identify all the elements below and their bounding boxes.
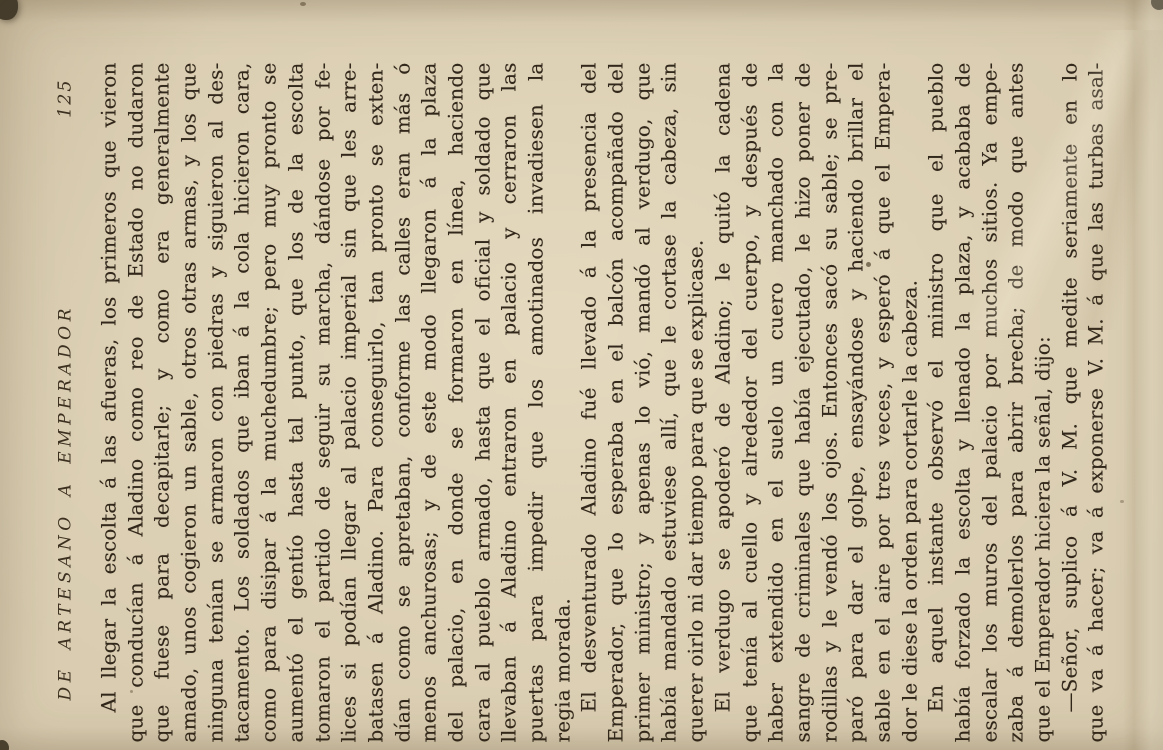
text-line: ninguna tenían se armaron con piedras y … xyxy=(202,62,229,742)
text-line: que va á hacer; va á exponerse V. M. á q… xyxy=(1082,62,1109,742)
text-line: había mandado estuviese allí, que le cor… xyxy=(655,62,682,742)
text-line: haber extendido en el suelo un cuero man… xyxy=(762,62,789,742)
text-line: regia morada. xyxy=(549,62,576,742)
text-line: El verdugo se apoderó de Aladino; le qui… xyxy=(709,62,736,742)
text-line: Emperador, que lo esperaba en el balcón … xyxy=(602,62,629,742)
paper-speck xyxy=(866,262,871,267)
text-line: del palacio, en donde se formaron en lín… xyxy=(442,62,469,742)
scanned-page: DE ARTESANO A EMPERADOR 125 Al llegar la… xyxy=(0,0,1163,750)
paper-speck xyxy=(1120,500,1124,503)
text-line: —Señor, suplico á V. M. que medite seria… xyxy=(1056,62,1083,742)
paper-speck xyxy=(300,2,306,6)
page-number: 125 xyxy=(52,78,78,117)
text-line: que tenía al cuello y alrededor del cuer… xyxy=(736,62,763,742)
text-line: dían como se apretaban, conforme las cal… xyxy=(389,62,416,742)
text-line: rodillas y le vendó los ojos. Entonces s… xyxy=(816,62,843,742)
text-line: que conducían á Aladino como reo de Esta… xyxy=(122,62,149,742)
text-line: aumentó el gentío hasta tal punto, que l… xyxy=(282,62,309,742)
paper-speck xyxy=(130,690,133,693)
text-line: escalar los muros del palacio por muchos… xyxy=(976,62,1003,742)
text-line: primer ministro; y apenas lo vió, mandó … xyxy=(629,62,656,742)
text-line: puertas para impedir que los amotinados … xyxy=(522,62,549,742)
text-line: En aquel instante observó el ministro qu… xyxy=(922,62,949,742)
text-line: El desventurado Aladino fué llevado á la… xyxy=(575,62,602,742)
book-page: DE ARTESANO A EMPERADOR 125 Al llegar la… xyxy=(0,0,1163,750)
text-line: cara al pueblo armado, hasta que el ofic… xyxy=(469,62,496,742)
text-line: querer oirlo ni dar tiempo para que se e… xyxy=(682,62,709,742)
page-text: Al llegar la escolta á las afueras, los … xyxy=(95,62,1109,742)
text-line: amado, unos cogieron un sable, otros otr… xyxy=(175,62,202,742)
text-line: batasen á Aladino. Para conseguirlo, tan… xyxy=(362,62,389,742)
text-line: llevaban á Aladino entraron en palacio y… xyxy=(495,62,522,742)
text-line: sable en el aire por tres veces, y esper… xyxy=(869,62,896,742)
paper-speck xyxy=(1012,700,1016,704)
text-line: que fuese para decapitarle; y como era g… xyxy=(148,62,175,742)
running-title: DE ARTESANO A EMPERADOR xyxy=(52,304,78,700)
text-line: zaba á demolerlos para abrir brecha; de … xyxy=(1002,62,1029,742)
text-line: que el Emperador hiciera la señal, dijo: xyxy=(1029,62,1056,742)
text-line: sangre de criminales que había ejecutado… xyxy=(789,62,816,742)
text-line: paró para dar el golpe, ensayándose y ha… xyxy=(842,62,869,742)
text-line: lices si podían llegar al palacio imperi… xyxy=(335,62,362,742)
text-line: tacamento. Los soldados que iban á la co… xyxy=(228,62,255,742)
text-line: había forzado la escolta y llenado la pl… xyxy=(949,62,976,742)
text-line: como para disipar á la muchedumbre; pero… xyxy=(255,62,282,742)
text-line: Al llegar la escolta á las afueras, los … xyxy=(95,62,122,742)
text-line: dor le diese la orden para cortarle la c… xyxy=(896,62,923,742)
text-line: menos anchurosas; y de este modo llegaro… xyxy=(415,62,442,742)
text-line: tomaron el partido de seguir su marcha, … xyxy=(309,62,336,742)
page-header: DE ARTESANO A EMPERADOR 125 xyxy=(52,62,78,742)
